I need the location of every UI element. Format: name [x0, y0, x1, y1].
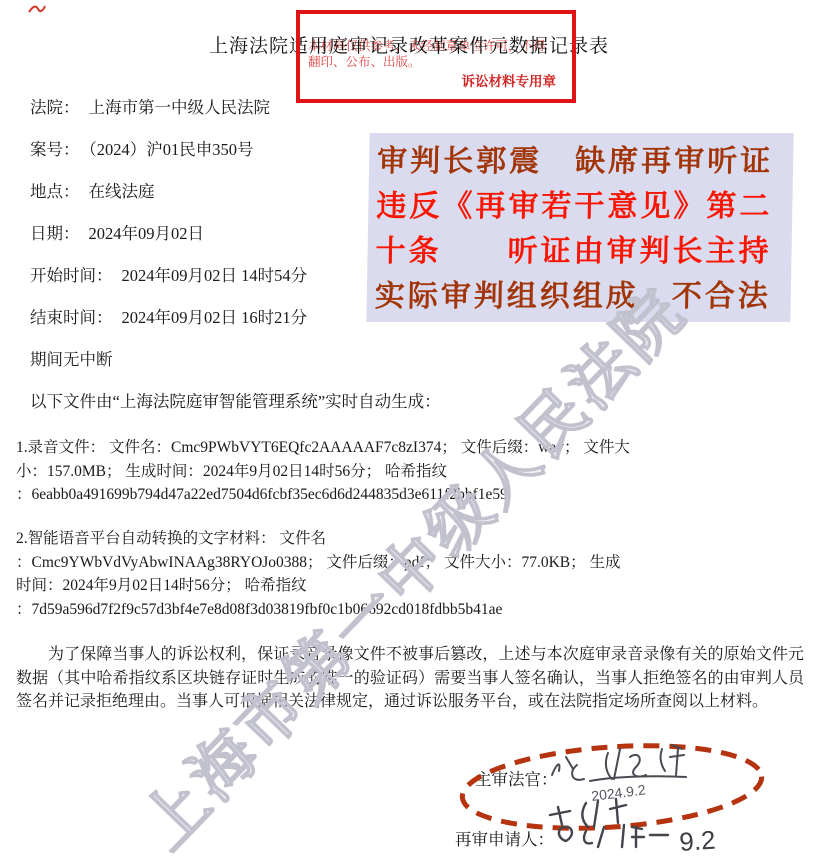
field-court-value: 上海市第一中级人民法院 — [89, 98, 271, 117]
field-case-number-label: 案号： — [30, 140, 80, 159]
annotation-line-3: 十条 听证由审判长主持 — [375, 229, 792, 274]
court-record-document: 上海市第一中级人民法院 本材料仅供参考，未经制章单位许可，不得 翻印、公布、出版… — [0, 0, 818, 860]
transcript-file-line-3: 时间：2024年9月02日14时56分； 哈希指纹 — [16, 574, 806, 598]
corner-red-mark — [26, 2, 48, 20]
field-start-time-value: 2024年09月02日 14时54分 — [122, 266, 308, 285]
transcript-file-hash: ：7d59a596d7f2f9c57d3bf4e7e8d08f3d03819fb… — [16, 598, 806, 622]
audio-file-line-1: 1.录音文件： 文件名：Cmc9PWbVYT6EQfc2AAAAAF7c8zI3… — [16, 436, 806, 460]
transcript-file-line-2: ：Cmc9YWbVdVyAbwINAAg38RYOJo0388； 文件后缀：pd… — [16, 551, 806, 575]
field-date-label: 日期： — [30, 224, 80, 243]
transcript-file-paragraph: 2.智能语音平台自动转换的文字材料： 文件名 ：Cmc9YWbVdVyAbwIN… — [16, 527, 806, 621]
field-court-label: 法院： — [30, 98, 80, 117]
field-start-time-label: 开始时间： — [30, 266, 113, 285]
stamp-border-box — [296, 10, 576, 103]
field-end-time-value: 2024年09月02日 16时21分 — [122, 308, 308, 327]
audio-file-line-2: 小：157.0MB； 生成时间：2024年9月02日14时56分； 哈希指纹 — [16, 460, 806, 484]
annotation-line-2: 违反《再审若干意见》第二 — [376, 184, 793, 229]
transcript-file-line-1: 2.智能语音平台自动转换的文字材料： 文件名 — [16, 527, 806, 551]
applicant-signature-date: 9.2 — [678, 825, 716, 857]
applicant-signature — [550, 799, 668, 847]
signature-overlay: 2024.9.2 9.2 — [380, 723, 818, 860]
note-auto-generated: 以下文件由“上海法院庭审智能管理系统”实时自动生成： — [30, 381, 500, 423]
field-case-number-value: （2024）沪01民申350号 — [89, 140, 254, 159]
field-location-label: 地点： — [30, 182, 80, 201]
handwritten-annotation-block: 审判长郭震 缺席再审听证 违反《再审若干意见》第二 十条 听证由审判长主持 实际… — [366, 133, 793, 322]
annotation-line-1: 审判长郭震 缺席再审听证 — [377, 139, 794, 184]
annotation-line-4: 实际审判组织组成 不合法 — [374, 274, 791, 319]
audio-file-paragraph: 1.录音文件： 文件名：Cmc9PWbVYT6EQfc2AAAAAF7c8zI3… — [16, 436, 806, 507]
audio-file-hash: ：6eabb0a491699b794d47a22ed7504d6fcbf35ec… — [16, 483, 806, 507]
field-location-value: 在线法庭 — [89, 182, 155, 201]
field-date-value: 2024年09月02日 — [89, 224, 205, 243]
note-no-interruption: 期间无中断 — [30, 339, 500, 381]
legal-notice-paragraph: 为了保障当事人的诉讼权利，保证录音录像文件不被事后篡改，上述与本次庭审录音录像有… — [16, 643, 804, 714]
field-end-time-label: 结束时间： — [30, 308, 113, 327]
